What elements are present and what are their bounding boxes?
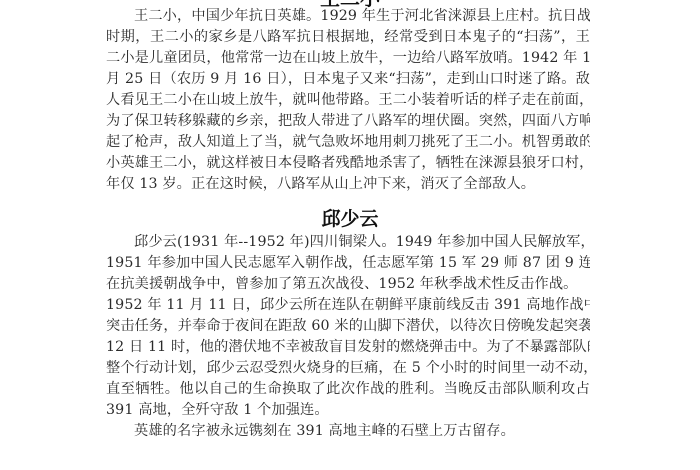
document-page: 王二小 王二小，中国少年抗日英雄。1929 年生于河北省涞源县上庄村。抗日战争 … (0, 0, 700, 470)
paragraph-line: 小英雄王二小，就这样被日本侵略者残酷地杀害了，牺牲在涞源县狼牙口村， (106, 153, 590, 174)
section-body-qiu-shaoyun: 邱少云(1931 年--1952 年)四川铜梁人。1949 年参加中国人民解放军… (106, 232, 590, 442)
paragraph-line: 月 25 日（农历 9 月 16 日），日本鬼子又来“扫荡”，走到山口时迷了路。… (106, 69, 590, 90)
paragraph-line: 二小是儿童团员，他常常一边在山坡上放牛，一边给八路军放哨。1942 年 10 (106, 48, 590, 69)
paragraph-line: 1951 年参加中国人民志愿军入朝作战，任志愿军第 15 军 29 师 87 团… (106, 253, 590, 274)
paragraph-line: 邱少云(1931 年--1952 年)四川铜梁人。1949 年参加中国人民解放军… (106, 232, 590, 253)
paragraph-line: 突击任务，并奉命于夜间在距敌 60 米的山脚下潜伏，以待次日傍晚发起突袭。 (106, 316, 590, 337)
paragraph-line: 人看见王二小在山坡上放牛，就叫他带路。王二小装着听话的样子走在前面， (106, 90, 590, 111)
paragraph-line: 年仅 13 岁。正在这时候，八路军从山上冲下来，消灭了全部敌人。 (106, 174, 590, 195)
paragraph-line: 直至牺牲。他以自己的生命换取了此次作战的胜利。当晚反击部队顺利攻占 (106, 379, 590, 400)
paragraph-line: 起了枪声，敌人知道上了当，就气急败坏地用刺刀挑死了王二小。机智勇敢的 (106, 132, 590, 153)
paragraph-line: 时期，王二小的家乡是八路军抗日根据地，经常受到日本鬼子的“扫荡”，王 (106, 27, 590, 48)
paragraph-line: 王二小，中国少年抗日英雄。1929 年生于河北省涞源县上庄村。抗日战争 (106, 6, 590, 27)
paragraph-line: 391 高地，全歼守敌 1 个加强连。 (106, 400, 590, 421)
paragraph-line: 英雄的名字被永远镌刻在 391 高地主峰的石壁上万古留存。 (106, 421, 590, 442)
section-title-qiu-shaoyun: 邱少云 (0, 207, 700, 231)
section-body-wang-erxiao: 王二小，中国少年抗日英雄。1929 年生于河北省涞源县上庄村。抗日战争 时期，王… (106, 6, 590, 195)
paragraph-line: 为了保卫转移躲藏的乡亲，把敌人带进了八路军的埋伏圈。突然，四面八方响 (106, 111, 590, 132)
paragraph-line: 在抗美援朝战争中，曾参加了第五次战役、1952 年秋季战术性反击作战。 (106, 274, 590, 295)
paragraph-line: 整个行动计划，邱少云忍受烈火烧身的巨痛，在 5 个小时的时间里一动不动， (106, 358, 590, 379)
paragraph-line: 1952 年 11 月 11 日，邱少云所在连队在朝鲜平康前线反击 391 高地… (106, 295, 590, 316)
paragraph-line: 12 日 11 时，他的潜伏地不幸被敌盲目发射的燃烧弹击中。为了不暴露部队的 (106, 337, 590, 358)
